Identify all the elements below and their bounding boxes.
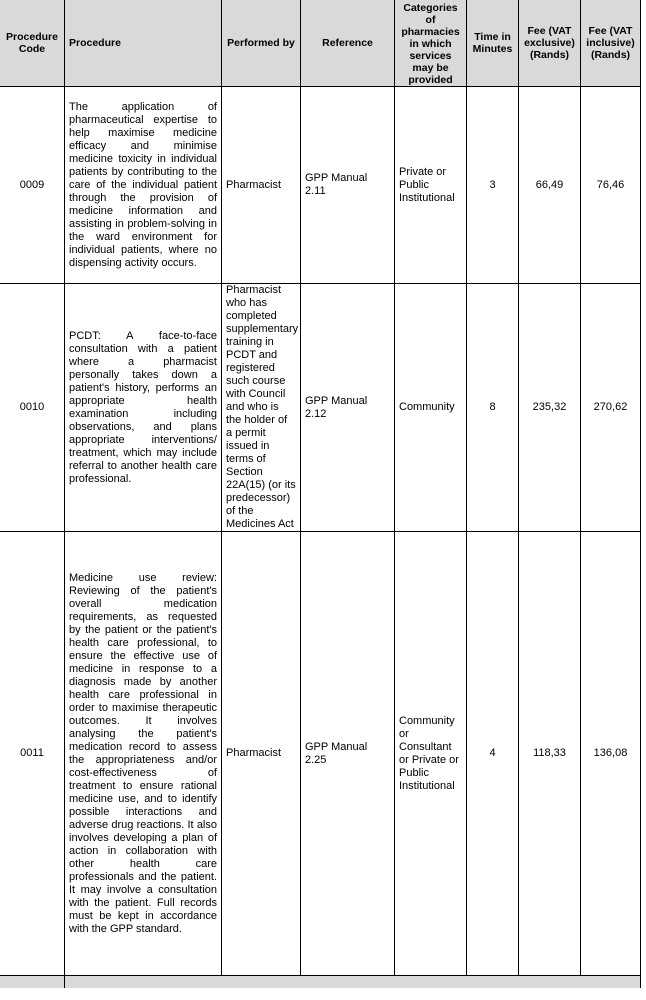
procedure-description: The application of pharmaceutical expert…: [65, 87, 222, 284]
procedure-code: 0011: [0, 532, 65, 976]
header-categories: Categories of pharmacies in which servic…: [395, 0, 467, 87]
header-procedure: Procedure: [65, 0, 222, 87]
fee-vat-inclusive: 76,46: [581, 87, 641, 284]
table-row: 0011 Medicine use review: Reviewing of t…: [0, 532, 641, 976]
fee-schedule-table: Procedure Code Procedure Performed by Re…: [0, 0, 641, 1000]
procedure-description: Medicine use review: Reviewing of the pa…: [65, 532, 222, 976]
reference: GPP Manual 2.11: [301, 87, 395, 284]
procedure-code: 0009: [0, 87, 65, 284]
header-procedure-code: Procedure Code: [0, 0, 65, 87]
reference: GPP Manual 2.25: [301, 532, 395, 976]
fee-vat-exclusive: 66,49: [519, 87, 581, 284]
header-row: Procedure Code Procedure Performed by Re…: [0, 0, 641, 87]
pharmacy-categories: Private or Public Institutional: [395, 87, 467, 284]
header-fee-excl: Fee (VAT exclusive) (Rands): [519, 0, 581, 87]
page-bottom-margin: [0, 988, 646, 1000]
pharmacy-categories: Community: [395, 284, 467, 532]
procedure-code: 0010: [0, 284, 65, 532]
performed-by: Pharmacist who has completed supplementa…: [222, 284, 301, 532]
time-minutes: 4: [467, 532, 519, 976]
performed-by: Pharmacist: [222, 532, 301, 976]
fee-vat-exclusive: 118,33: [519, 532, 581, 976]
fee-vat-inclusive: 270,62: [581, 284, 641, 532]
header-fee-incl: Fee (VAT inclusive) (Rands): [581, 0, 641, 87]
header-performed-by: Performed by: [222, 0, 301, 87]
header-reference: Reference: [301, 0, 395, 87]
time-minutes: 3: [467, 87, 519, 284]
fee-vat-inclusive: 136,08: [581, 532, 641, 976]
table-row: 0010 PCDT: A face-to-face consultation w…: [0, 284, 641, 532]
table-row: 0009 The application of pharmaceutical e…: [0, 87, 641, 284]
reference: GPP Manual 2.12: [301, 284, 395, 532]
procedure-description: PCDT: A face-to-face consultation with a…: [65, 284, 222, 532]
fee-vat-exclusive: 235,32: [519, 284, 581, 532]
pharmacy-categories: Community or Consultant or Private or Pu…: [395, 532, 467, 976]
time-minutes: 8: [467, 284, 519, 532]
performed-by: Pharmacist: [222, 87, 301, 284]
header-time: Time in Minutes: [467, 0, 519, 87]
